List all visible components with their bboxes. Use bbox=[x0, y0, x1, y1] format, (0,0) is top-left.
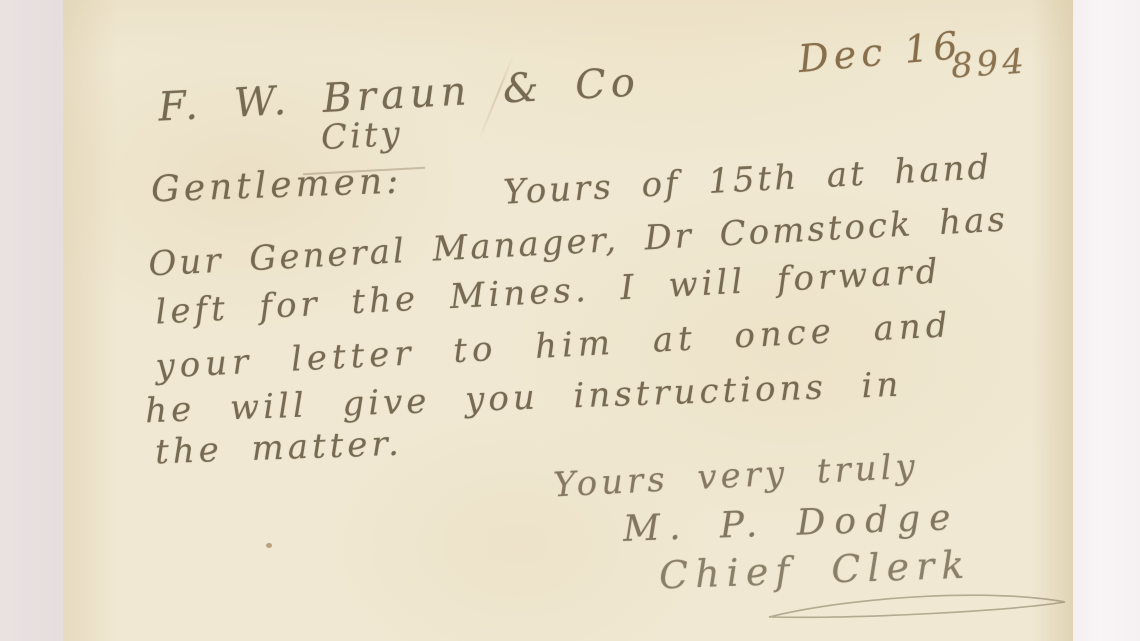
address-city: City bbox=[320, 114, 404, 158]
body-line: the matter. bbox=[154, 424, 403, 473]
letter-date-day: Dec 16 bbox=[796, 23, 964, 81]
signature-name: M. P. Dodge bbox=[622, 497, 960, 550]
salutation: Gentlemen: bbox=[150, 161, 403, 211]
letter-date-year: 894 bbox=[950, 41, 1030, 86]
letter-paper: Dec 16 894 F. W. Braun & Co City Gentlem… bbox=[63, 0, 1073, 641]
paper-fleck bbox=[266, 543, 272, 548]
body-line: Yours of 15th at hand bbox=[502, 147, 993, 213]
letter-photo: Dec 16 894 F. W. Braun & Co City Gentlem… bbox=[0, 0, 1140, 641]
closing-line: Yours very truly bbox=[552, 446, 919, 505]
signature-flourish bbox=[763, 585, 1075, 627]
backing-sheet bbox=[1071, 0, 1140, 641]
table-backdrop bbox=[0, 0, 63, 641]
